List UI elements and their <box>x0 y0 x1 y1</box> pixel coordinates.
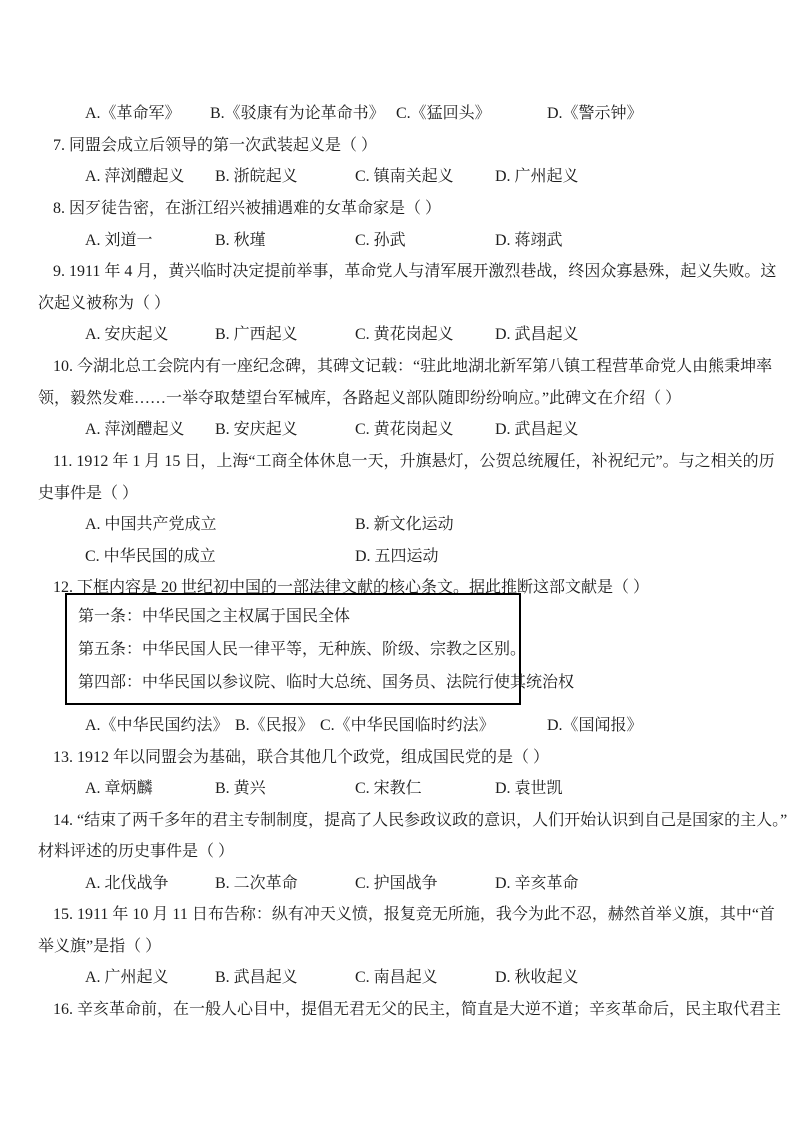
q7-option-b: B. 浙皖起义 <box>215 163 298 186</box>
law-excerpt-line-2: 第五条：中华民国人民一律平等，无种族、阶级、宗教之区别。 <box>78 636 526 659</box>
q9-option-a: A. 安庆起义 <box>85 321 169 344</box>
q7-stem-text: 7. 同盟会成立后领导的第一次武装起义是（ ） <box>53 132 377 155</box>
q15-option-c: C. 南昌起义 <box>355 964 438 987</box>
question-14-stem-line1: 14. “结束了两千多年的君主专制制度，提高了人民参政议政的意识，人们开始认识到… <box>0 807 793 829</box>
q9-option-c: C. 黄花岗起义 <box>355 321 454 344</box>
question-12-options-row: A.《中华民国约法》 B.《民报》 C.《中华民国临时约法》 D.《国闻报》 <box>0 712 793 734</box>
q15-stem-text-2: 举义旗”是指（ ） <box>38 933 161 956</box>
q6-option-c: C.《猛回头》 <box>396 100 491 123</box>
question-14-stem-line2: 材料评述的历史事件是（ ） <box>0 838 793 860</box>
question-7-stem: 7. 同盟会成立后领导的第一次武装起义是（ ） <box>0 132 793 154</box>
question-11-options-row-ab: A. 中国共产党成立 B. 新文化运动 <box>0 511 793 533</box>
q8-option-b: B. 秋瑾 <box>215 227 266 250</box>
q14-option-c: C. 护国战争 <box>355 870 438 893</box>
q7-option-d: D. 广州起义 <box>495 163 579 186</box>
question-8-options-row: A. 刘道一 B. 秋瑾 C. 孙武 D. 蒋翊武 <box>0 227 793 249</box>
q11-option-b: B. 新文化运动 <box>355 511 454 534</box>
q6-option-d: D.《警示钟》 <box>547 100 643 123</box>
q10-option-b: B. 安庆起义 <box>215 416 298 439</box>
q10-option-c: C. 黄花岗起义 <box>355 416 454 439</box>
q12-option-b: B.《民报》 <box>235 712 314 735</box>
law-excerpt-line-1: 第一条：中华民国之主权属于国民全体 <box>78 603 350 626</box>
q12-option-d: D.《国闻报》 <box>547 712 643 735</box>
q12-option-a: A.《中华民国约法》 <box>85 712 229 735</box>
q6-option-b: B.《驳康有为论革命书》 <box>210 100 385 123</box>
q11-option-d: D. 五四运动 <box>355 543 439 566</box>
q10-stem-text-2: 领，毅然发难……一举夺取楚望台军械库，各路起义部队随即纷纷响应。”此碑文在介绍（… <box>38 385 681 408</box>
question-10-stem-line2: 领，毅然发难……一举夺取楚望台军械库，各路起义部队随即纷纷响应。”此碑文在介绍（… <box>0 385 793 407</box>
question-15-options-row: A. 广州起义 B. 武昌起义 C. 南昌起义 D. 秋收起义 <box>0 964 793 986</box>
question-8-stem: 8. 因歹徒告密，在浙江绍兴被捕遇难的女革命家是（ ） <box>0 195 793 217</box>
q13-option-d: D. 袁世凯 <box>495 775 563 798</box>
q15-option-a: A. 广州起义 <box>85 964 169 987</box>
q11-stem-text-2: 史事件是（ ） <box>38 480 138 503</box>
law-excerpt-box: 第一条：中华民国之主权属于国民全体 第五条：中华民国人民一律平等，无种族、阶级、… <box>65 593 521 705</box>
q15-stem-text-1: 15. 1911 年 10 月 11 日布告称：纵有冲天义愤，报复竞无所施，我今… <box>53 901 775 924</box>
q8-option-d: D. 蒋翊武 <box>495 227 563 250</box>
q14-stem-text-1: 14. “结束了两千多年的君主专制制度，提高了人民参政议政的意识，人们开始认识到… <box>53 807 787 830</box>
question-15-stem-line2: 举义旗”是指（ ） <box>0 933 793 955</box>
q15-option-d: D. 秋收起义 <box>495 964 579 987</box>
q11-option-c: C. 中华民国的成立 <box>85 543 216 566</box>
q16-stem-text: 16. 辛亥革命前，在一般人心目中，提倡无君无父的民主，简直是大逆不道；辛亥革命… <box>53 996 781 1019</box>
question-7-options-row: A. 萍浏醴起义 B. 浙皖起义 C. 镇南关起义 D. 广州起义 <box>0 163 793 185</box>
q13-option-b: B. 黄兴 <box>215 775 266 798</box>
q9-option-b: B. 广西起义 <box>215 321 298 344</box>
question-11-stem-line2: 史事件是（ ） <box>0 480 793 502</box>
q7-option-a: A. 萍浏醴起义 <box>85 163 185 186</box>
question-15-stem-line1: 15. 1911 年 10 月 11 日布告称：纵有冲天义愤，报复竞无所施，我今… <box>0 901 793 923</box>
question-9-options-row: A. 安庆起义 B. 广西起义 C. 黄花岗起义 D. 武昌起义 <box>0 321 793 343</box>
q7-option-c: C. 镇南关起义 <box>355 163 454 186</box>
question-9-stem-line2: 次起义被称为（ ） <box>0 290 793 312</box>
question-11-options-row-cd: C. 中华民国的成立 D. 五四运动 <box>0 543 793 565</box>
q10-option-a: A. 萍浏醴起义 <box>85 416 185 439</box>
law-excerpt-line-3: 第四部：中华民国以参议院、临时大总统、国务员、法院行使其统治权 <box>78 669 574 692</box>
q8-option-a: A. 刘道一 <box>85 227 153 250</box>
question-14-options-row: A. 北伐战争 B. 二次革命 C. 护国战争 D. 辛亥革命 <box>0 870 793 892</box>
question-13-options-row: A. 章炳麟 B. 黄兴 C. 宋教仁 D. 袁世凯 <box>0 775 793 797</box>
q8-stem-text: 8. 因歹徒告密，在浙江绍兴被捕遇难的女革命家是（ ） <box>53 195 441 218</box>
q9-stem-text-1: 9. 1911 年 4 月，黄兴临时决定提前举事，革命党人与清军展开激烈巷战，终… <box>53 258 776 281</box>
q13-option-c: C. 宋教仁 <box>355 775 422 798</box>
question-16-stem: 16. 辛亥革命前，在一般人心目中，提倡无君无父的民主，简直是大逆不道；辛亥革命… <box>0 996 793 1018</box>
q10-stem-text-1: 10. 今湖北总工会院内有一座纪念碑，其碑文记载：“驻此地湖北新军第八镇工程营革… <box>53 353 772 376</box>
question-13-stem: 13. 1912 年以同盟会为基础，联合其他几个政党，组成国民党的是（ ） <box>0 744 793 766</box>
q14-option-d: D. 辛亥革命 <box>495 870 579 893</box>
q15-option-b: B. 武昌起义 <box>215 964 298 987</box>
q11-stem-text-1: 11. 1912 年 1 月 15 日，上海“工商全体休息一天，升旗悬灯，公贺总… <box>53 448 775 471</box>
q14-stem-text-2: 材料评述的历史事件是（ ） <box>38 838 234 861</box>
question-11-stem-line1: 11. 1912 年 1 月 15 日，上海“工商全体休息一天，升旗悬灯，公贺总… <box>0 448 793 470</box>
q8-option-c: C. 孙武 <box>355 227 406 250</box>
q14-option-a: A. 北伐战争 <box>85 870 169 893</box>
q9-stem-text-2: 次起义被称为（ ） <box>38 290 170 313</box>
q6-option-a: A.《革命军》 <box>85 100 181 123</box>
q13-stem-text: 13. 1912 年以同盟会为基础，联合其他几个政党，组成国民党的是（ ） <box>53 744 549 767</box>
q12-option-c: C.《中华民国临时约法》 <box>320 712 495 735</box>
question-9-stem-line1: 9. 1911 年 4 月，黄兴临时决定提前举事，革命党人与清军展开激烈巷战，终… <box>0 258 793 280</box>
question-6-options-row: A.《革命军》 B.《驳康有为论革命书》 C.《猛回头》 D.《警示钟》 <box>0 100 793 122</box>
q11-option-a: A. 中国共产党成立 <box>85 511 217 534</box>
question-10-stem-line1: 10. 今湖北总工会院内有一座纪念碑，其碑文记载：“驻此地湖北新军第八镇工程营革… <box>0 353 793 375</box>
q10-option-d: D. 武昌起义 <box>495 416 579 439</box>
q13-option-a: A. 章炳麟 <box>85 775 153 798</box>
q14-option-b: B. 二次革命 <box>215 870 298 893</box>
question-10-options-row: A. 萍浏醴起义 B. 安庆起义 C. 黄花岗起义 D. 武昌起义 <box>0 416 793 438</box>
exam-page: A.《革命军》 B.《驳康有为论革命书》 C.《猛回头》 D.《警示钟》 7. … <box>0 0 793 1122</box>
q9-option-d: D. 武昌起义 <box>495 321 579 344</box>
